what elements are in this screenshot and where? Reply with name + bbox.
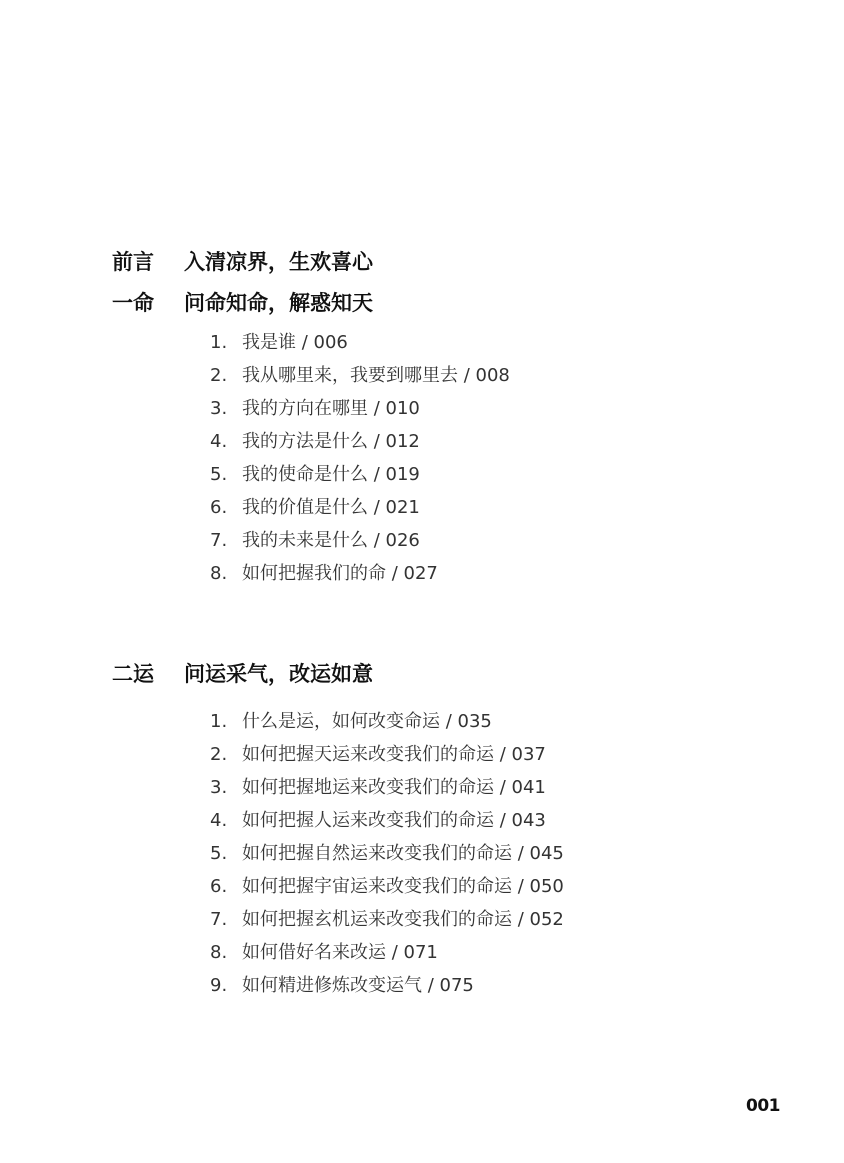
toc-list-section-1: 1.我是谁 / 006 2.我从哪里来，我要到哪里去 / 008 3.我的方向在… bbox=[210, 326, 510, 590]
toc-entry[interactable]: 8.如何借好名来改运 / 071 bbox=[210, 936, 564, 969]
entry-number: 8. bbox=[210, 557, 242, 590]
toc-entry[interactable]: 3.我的方向在哪里 / 010 bbox=[210, 392, 510, 425]
toc-entry[interactable]: 4.我的方法是什么 / 012 bbox=[210, 425, 510, 458]
heading-title: 入清凉界，生欢喜心 bbox=[184, 249, 373, 274]
entry-text: 我从哪里来，我要到哪里去 / 008 bbox=[242, 365, 510, 386]
entry-number: 3. bbox=[210, 392, 242, 425]
toc-entry[interactable]: 2.如何把握天运来改变我们的命运 / 037 bbox=[210, 738, 564, 771]
heading-label: 二运 bbox=[112, 660, 184, 688]
entry-text: 如何把握玄机运来改变我们的命运 / 052 bbox=[242, 909, 564, 930]
toc-heading-section-2[interactable]: 二运问运采气，改运如意 bbox=[112, 660, 373, 688]
heading-label: 前言 bbox=[112, 248, 184, 276]
toc-page: 前言入清凉界，生欢喜心 一命问命知命，解惑知天 1.我是谁 / 006 2.我从… bbox=[0, 0, 844, 1163]
toc-list-section-2: 1.什么是运，如何改变命运 / 035 2.如何把握天运来改变我们的命运 / 0… bbox=[210, 705, 564, 1002]
toc-entry[interactable]: 7.我的未来是什么 / 026 bbox=[210, 524, 510, 557]
toc-entry[interactable]: 2.我从哪里来，我要到哪里去 / 008 bbox=[210, 359, 510, 392]
entry-number: 1. bbox=[210, 705, 242, 738]
toc-entry[interactable]: 6.我的价值是什么 / 021 bbox=[210, 491, 510, 524]
entry-text: 我的未来是什么 / 026 bbox=[242, 530, 420, 551]
entry-text: 如何精进修炼改变运气 / 075 bbox=[242, 975, 474, 996]
entry-text: 我的价值是什么 / 021 bbox=[242, 497, 420, 518]
heading-title: 问命知命，解惑知天 bbox=[184, 290, 373, 315]
entry-text: 如何把握自然运来改变我们的命运 / 045 bbox=[242, 843, 564, 864]
entry-number: 4. bbox=[210, 804, 242, 837]
toc-entry[interactable]: 5.如何把握自然运来改变我们的命运 / 045 bbox=[210, 837, 564, 870]
toc-entry[interactable]: 4.如何把握人运来改变我们的命运 / 043 bbox=[210, 804, 564, 837]
entry-text: 我的方向在哪里 / 010 bbox=[242, 398, 420, 419]
entry-number: 6. bbox=[210, 491, 242, 524]
entry-text: 如何把握人运来改变我们的命运 / 043 bbox=[242, 810, 546, 831]
entry-number: 1. bbox=[210, 326, 242, 359]
toc-entry[interactable]: 1.我是谁 / 006 bbox=[210, 326, 510, 359]
entry-number: 5. bbox=[210, 458, 242, 491]
entry-text: 什么是运，如何改变命运 / 035 bbox=[242, 711, 492, 732]
entry-number: 8. bbox=[210, 936, 242, 969]
toc-entry[interactable]: 1.什么是运，如何改变命运 / 035 bbox=[210, 705, 564, 738]
entry-number: 2. bbox=[210, 738, 242, 771]
toc-entry[interactable]: 9.如何精进修炼改变运气 / 075 bbox=[210, 969, 564, 1002]
entry-number: 7. bbox=[210, 524, 242, 557]
entry-text: 我的使命是什么 / 019 bbox=[242, 464, 420, 485]
page-number: 001 bbox=[746, 1096, 780, 1116]
entry-number: 4. bbox=[210, 425, 242, 458]
entry-text: 如何把握地运来改变我们的命运 / 041 bbox=[242, 777, 546, 798]
toc-entry[interactable]: 8.如何把握我们的命 / 027 bbox=[210, 557, 510, 590]
toc-entry[interactable]: 7.如何把握玄机运来改变我们的命运 / 052 bbox=[210, 903, 564, 936]
heading-label: 一命 bbox=[112, 289, 184, 317]
entry-text: 如何把握天运来改变我们的命运 / 037 bbox=[242, 744, 546, 765]
toc-heading-preface[interactable]: 前言入清凉界，生欢喜心 bbox=[112, 248, 373, 276]
entry-text: 如何借好名来改运 / 071 bbox=[242, 942, 438, 963]
toc-entry[interactable]: 6.如何把握宇宙运来改变我们的命运 / 050 bbox=[210, 870, 564, 903]
entry-number: 2. bbox=[210, 359, 242, 392]
toc-entry[interactable]: 3.如何把握地运来改变我们的命运 / 041 bbox=[210, 771, 564, 804]
entry-number: 6. bbox=[210, 870, 242, 903]
entry-number: 3. bbox=[210, 771, 242, 804]
entry-text: 如何把握宇宙运来改变我们的命运 / 050 bbox=[242, 876, 564, 897]
toc-heading-section-1[interactable]: 一命问命知命，解惑知天 bbox=[112, 289, 373, 317]
entry-text: 我的方法是什么 / 012 bbox=[242, 431, 420, 452]
entry-number: 5. bbox=[210, 837, 242, 870]
entry-number: 7. bbox=[210, 903, 242, 936]
entry-text: 我是谁 / 006 bbox=[242, 332, 348, 353]
toc-entry[interactable]: 5.我的使命是什么 / 019 bbox=[210, 458, 510, 491]
entry-text: 如何把握我们的命 / 027 bbox=[242, 563, 438, 584]
heading-title: 问运采气，改运如意 bbox=[184, 661, 373, 686]
entry-number: 9. bbox=[210, 969, 242, 1002]
